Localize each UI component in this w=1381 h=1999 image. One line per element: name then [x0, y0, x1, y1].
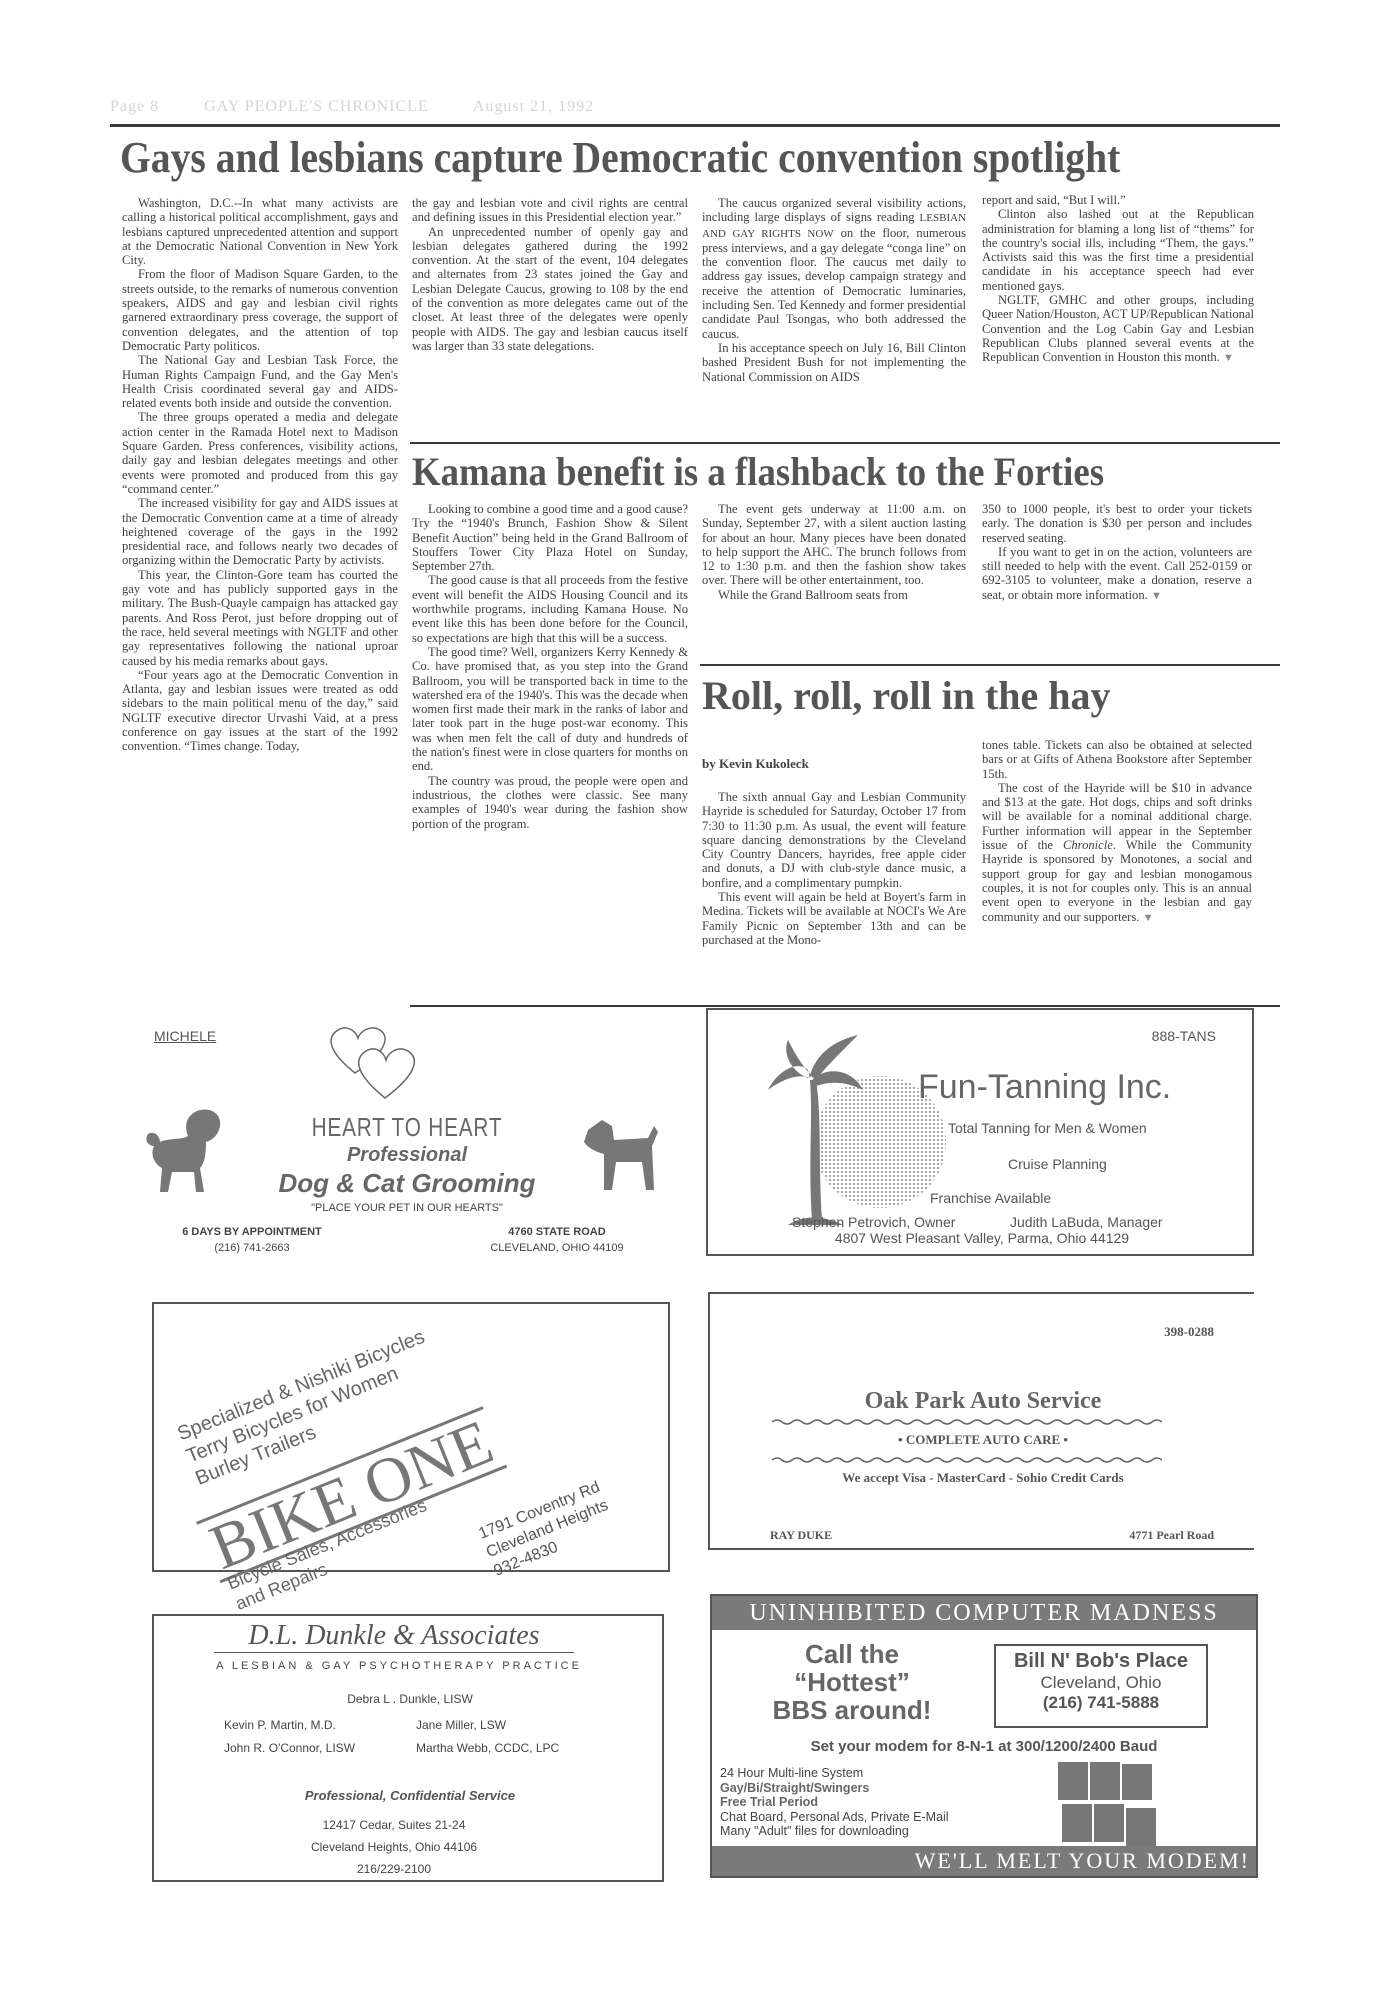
staff-left: Kevin P. Martin, M.D. John R. O'Connor, …	[224, 1714, 355, 1760]
contact-name: MICHELE	[154, 1028, 216, 1044]
issue-date: August 21, 1992	[473, 98, 594, 115]
phone: 398-0288	[1164, 1324, 1214, 1340]
palm-tree-sun-icon	[768, 1030, 948, 1230]
publication-reference: Chronicle	[1063, 838, 1113, 852]
article1-column-3: The caucus organized several visibility …	[702, 196, 966, 384]
phone: (216) 741-2663	[142, 1242, 362, 1254]
paragraph: 350 to 1000 people, it's best to order y…	[982, 502, 1252, 545]
paragraph: The good cause is that all proceeds from…	[412, 573, 688, 644]
wavy-divider	[772, 1456, 1162, 1464]
staff-right: Jane Miller, LSW Martha Webb, CCDC, LPC	[416, 1714, 559, 1760]
publication-name: GAY PEOPLE'S CHRONICLE	[204, 98, 429, 115]
tagline: • COMPLETE AUTO CARE •	[710, 1432, 1256, 1448]
article1-headline: Gays and lesbians capture Democratic con…	[120, 132, 1120, 183]
bbs-name: Bill N' Bob's Place	[996, 1650, 1206, 1673]
modem-blocks-icon	[1056, 1760, 1166, 1850]
paragraph: This year, the Clinton-Gore team has cou…	[122, 568, 398, 668]
phone: 888-TANS	[1152, 1028, 1216, 1044]
business-name: Fun-Tanning Inc.	[918, 1068, 1171, 1107]
manager: Judith LaBuda, Manager	[1010, 1214, 1163, 1230]
paragraph: The country was proud, the people were o…	[412, 774, 688, 831]
banner-bottom: WE'LL MELT YOUR MODEM!	[712, 1846, 1256, 1876]
paragraph: From the floor of Madison Square Garden,…	[122, 267, 398, 353]
hearts-icon	[320, 1018, 430, 1103]
article3-column-1: The sixth annual Gay and Lesbian Communi…	[702, 790, 966, 947]
paragraph: The three groups operated a media and de…	[122, 410, 398, 496]
address: 4771 Pearl Road	[1129, 1528, 1214, 1543]
credit-cards: We accept Visa - MasterCard - Sohio Cred…	[710, 1470, 1256, 1486]
bbs-name-box: Bill N' Bob's Place Cleveland, Ohio (216…	[994, 1644, 1208, 1728]
address-block: 12417 Cedar, Suites 21-24 Cleveland Heig…	[154, 1814, 634, 1880]
service: Cruise Planning	[1008, 1156, 1107, 1172]
paragraph: Looking to combine a good time and a goo…	[412, 502, 688, 573]
ad-heart-to-heart-grooming: MICHELE HEART TO HEART Professional Dog …	[142, 1010, 672, 1258]
ads-divider	[410, 1005, 1280, 1007]
paragraph: The National Gay and Lesbian Task Force,…	[122, 353, 398, 410]
folio: Page 8 GAY PEOPLE'S CHRONICLE August 21,…	[110, 98, 634, 116]
article2-column-2: The event gets underway at 11:00 a.m. on…	[702, 502, 966, 602]
page-number: Page 8	[110, 98, 159, 115]
ad-headline: Dog & Cat Grooming	[142, 1168, 672, 1199]
paragraph: An unprecedented number of openly gay an…	[412, 225, 688, 354]
paragraph: Washington, D.C.--In what many activists…	[122, 196, 398, 267]
end-mark-icon: ▼	[1151, 590, 1162, 602]
article2-headline: Kamana benefit is a flashback to the For…	[412, 448, 1104, 495]
franchise: Franchise Available	[930, 1190, 1051, 1206]
ad-fun-tanning: 888-TANS Fun-Tanning Inc. Total Tanning …	[706, 1008, 1254, 1256]
hours: 6 DAYS BY APPOINTMENT	[142, 1226, 362, 1238]
article-divider	[700, 664, 1280, 666]
paragraph: The cost of the Hayride will be $10 in a…	[982, 781, 1252, 925]
paragraph: the gay and lesbian vote and civil right…	[412, 196, 688, 225]
paragraph: report and said, “But I will.”	[982, 193, 1254, 207]
tagline: Total Tanning for Men & Women	[948, 1120, 1147, 1136]
article-divider	[410, 442, 1280, 444]
contact-name: RAY DUKE	[770, 1528, 832, 1543]
paragraph: The sixth annual Gay and Lesbian Communi…	[702, 790, 966, 890]
ad-bbs-bill-n-bobs: UNINHIBITED COMPUTER MADNESS Call the “H…	[710, 1594, 1258, 1878]
article2-column-1: Looking to combine a good time and a goo…	[412, 502, 688, 831]
article1-column-2: the gay and lesbian vote and civil right…	[412, 196, 688, 353]
owner: Stephen Petrovich, Owner	[792, 1214, 955, 1230]
paragraph: The increased visibility for gay and AID…	[122, 496, 398, 567]
paragraph: Clinton also lashed out at the Republica…	[982, 207, 1254, 293]
bike-address: 1791 Coventry Rd Cleveland Heights 932-4…	[476, 1477, 619, 1581]
article3-column-2: tones table. Tickets can also be obtaine…	[982, 738, 1252, 925]
headline: Call the “Hottest” BBS around!	[722, 1640, 982, 1724]
byline: by Kevin Kukoleck	[702, 756, 809, 772]
phone: (216) 741-5888	[996, 1693, 1206, 1713]
paragraph: tones table. Tickets can also be obtaine…	[982, 738, 1252, 781]
business-name: HEART TO HEART	[195, 1112, 619, 1143]
ad-dunkle-associates: D.L. Dunkle & Associates A LESBIAN & GAY…	[152, 1614, 664, 1882]
slogan: "PLACE YOUR PET IN OUR HEARTS"	[142, 1202, 672, 1214]
business-name: Oak Park Auto Service	[710, 1388, 1256, 1415]
paragraph: In his acceptance speech on July 16, Bil…	[702, 341, 966, 384]
lead-therapist: Debra L . Dunkle, LISW	[154, 1692, 666, 1706]
service: Professional, Confidential Service	[154, 1788, 666, 1803]
banner-top: UNINHIBITED COMPUTER MADNESS	[712, 1596, 1256, 1630]
ad-line: Professional	[142, 1144, 672, 1167]
paragraph: The good time? Well, organizers Kerry Ke…	[412, 645, 688, 774]
article2-column-3: 350 to 1000 people, it's best to order y…	[982, 502, 1252, 603]
paragraph: If you want to get in on the action, vol…	[982, 545, 1252, 603]
paragraph: The event gets underway at 11:00 a.m. on…	[702, 502, 966, 588]
ad-oak-park-auto: 398-0288 Oak Park Auto Service • COMPLET…	[708, 1292, 1254, 1550]
address-line-2: CLEVELAND, OHIO 44109	[442, 1242, 672, 1254]
article1-column-1: Washington, D.C.--In what many activists…	[122, 196, 398, 754]
end-mark-icon: ▼	[1223, 352, 1234, 364]
wavy-divider	[772, 1418, 1162, 1426]
end-mark-icon: ▼	[1143, 912, 1154, 924]
address: 4807 West Pleasant Valley, Parma, Ohio 4…	[708, 1230, 1256, 1246]
top-rule	[110, 124, 1280, 127]
subtitle: A LESBIAN & GAY PSYCHOTHERAPY PRACTICE	[214, 1660, 584, 1672]
paragraph: NGLTF, GMHC and other groups, including …	[982, 293, 1254, 365]
features-list: 24 Hour Multi-line System Gay/Bi/Straigh…	[720, 1766, 949, 1839]
article1-column-4: report and said, “But I will.” Clinton a…	[982, 193, 1254, 366]
business-name: D.L. Dunkle & Associates	[214, 1620, 574, 1653]
modem-settings: Set your modem for 8-N-1 at 300/1200/240…	[712, 1738, 1256, 1755]
article3-headline: Roll, roll, roll in the hay	[702, 672, 1111, 719]
paragraph: While the Grand Ballroom seats from	[702, 588, 966, 602]
paragraph: “Four years ago at the Democratic Conven…	[122, 668, 398, 754]
ad-bike-one: Specialized & Nishiki Bicycles Terry Bic…	[152, 1302, 670, 1572]
city: Cleveland, Ohio	[996, 1673, 1206, 1693]
paragraph: This event will again be held at Boyert'…	[702, 890, 966, 947]
address-line-1: 4760 STATE ROAD	[442, 1226, 672, 1238]
paragraph: The caucus organized several visibility …	[702, 196, 966, 341]
